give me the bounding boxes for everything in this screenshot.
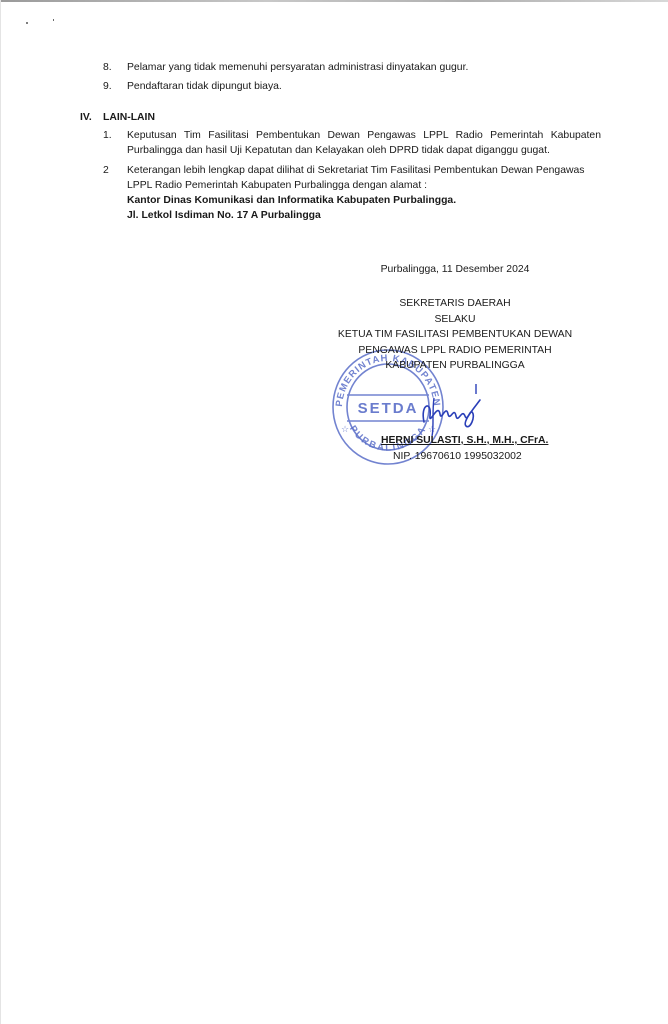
address-office: Kantor Dinas Komunikasi dan Informatika … (127, 193, 601, 208)
title-line: PENGAWAS LPPL RADIO PEMERINTAH (330, 343, 580, 359)
item-text-line: LPPL Radio Pemerintah Kabupaten Purbalin… (127, 178, 601, 193)
document-page: 8. Pelamar yang tidak memenuhi persyarat… (0, 0, 668, 1024)
signatory-name: HERNI SULASTI, S.H., M.H., CFrA. (349, 433, 599, 449)
svg-text:☆: ☆ (341, 424, 349, 434)
section-title: LAIN-LAIN (103, 112, 155, 123)
item-number: 8. (103, 60, 127, 75)
item-text-line: Keterangan lebih lengkap dapat dilihat d… (127, 163, 601, 178)
item-text-line: Keputusan Tim Fasilitasi Pembentukan Dew… (127, 128, 601, 143)
section-heading-lain-lain: IV. LAIN-LAIN (80, 112, 155, 123)
requirement-item-8: 8. Pelamar yang tidak memenuhi persyarat… (103, 60, 468, 75)
item-text: Pendaftaran tidak dipungut biaya. (127, 79, 282, 94)
signatory-identity: HERNI SULASTI, S.H., M.H., CFrA. NIP. 19… (349, 433, 599, 464)
requirement-item-9: 9. Pendaftaran tidak dipungut biaya. (103, 79, 282, 94)
signatory-nip: NIP. 19670610 1995032002 (349, 449, 599, 465)
lain-lain-item-1: 1. Keputusan Tim Fasilitasi Pembentukan … (103, 128, 601, 158)
item-number: 1. (103, 128, 127, 158)
place-date: Purbalingga, 11 Desember 2024 (330, 262, 580, 278)
title-line: KETUA TIM FASILITASI PEMBENTUKAN DEWAN (330, 327, 580, 343)
title-line: KABUPATEN PURBALINGGA (330, 358, 580, 374)
item-number: 2 (103, 163, 127, 223)
signatory-title: SEKRETARIS DAERAH SELAKU KETUA TIM FASIL… (330, 296, 580, 374)
item-text: Pelamar yang tidak memenuhi persyaratan … (127, 60, 468, 75)
lain-lain-item-2: 2 Keterangan lebih lengkap dapat dilihat… (103, 163, 601, 223)
item-number: 9. (103, 79, 127, 94)
title-line: SEKRETARIS DAERAH (330, 296, 580, 312)
item-text-line: Purbalingga dan hasil Uji Kepatutan dan … (127, 143, 601, 158)
address-street: Jl. Letkol Isdiman No. 17 A Purbalingga (127, 208, 601, 223)
title-line: SELAKU (330, 312, 580, 328)
section-numeral: IV. (80, 112, 103, 123)
